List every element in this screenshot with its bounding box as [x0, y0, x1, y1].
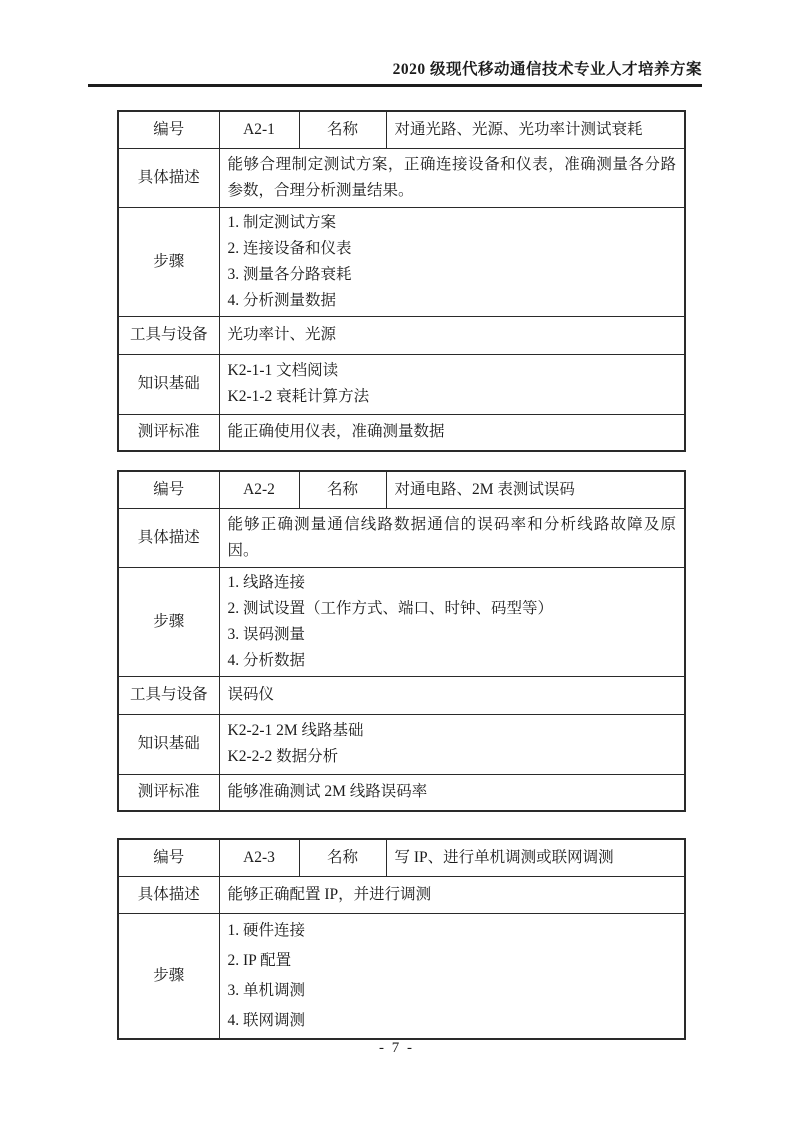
- page-header-title: 2020 级现代移动通信技术专业人才培养方案: [88, 57, 702, 79]
- task-name-value: 对通电路、2M 表测试误码: [386, 471, 685, 508]
- table-row: 测评标准 能够准确测试 2M 线路误码率: [118, 774, 685, 811]
- table-row: 编号 A2-3 名称 写 IP、进行单机调测或联网调测: [118, 839, 685, 876]
- task-step-item: 4. 联网调测: [228, 1006, 677, 1036]
- header-rule: [88, 84, 702, 87]
- task-tools-value: 误码仪: [219, 676, 685, 714]
- task-steps-cell: 1. 制定测试方案 2. 连接设备和仪表 3. 测量各分路衰耗 4. 分析测量数…: [219, 207, 685, 316]
- task-id-label: 编号: [118, 839, 219, 876]
- task-tools-label: 工具与设备: [118, 316, 219, 354]
- table-row: 步骤 1. 制定测试方案 2. 连接设备和仪表 3. 测量各分路衰耗 4. 分析…: [118, 207, 685, 316]
- task-knowledge-item: K2-1-1 文档阅读: [228, 358, 677, 384]
- task-step-item: 3. 测量各分路衰耗: [228, 262, 677, 288]
- task-criteria-label: 测评标准: [118, 774, 219, 811]
- task-table-a2-3: 编号 A2-3 名称 写 IP、进行单机调测或联网调测 具体描述 能够正确配置 …: [117, 838, 686, 1040]
- table-row: 知识基础 K2-2-1 2M 线路基础 K2-2-2 数据分析: [118, 714, 685, 774]
- task-id-value: A2-1: [219, 111, 299, 148]
- table-row: 具体描述 能够正确测量通信线路数据通信的误码率和分析线路故障及原因。: [118, 508, 685, 567]
- task-knowledge-cell: K2-2-1 2M 线路基础 K2-2-2 数据分析: [219, 714, 685, 774]
- task-name-label: 名称: [299, 111, 386, 148]
- task-step-item: 2. 连接设备和仪表: [228, 236, 677, 262]
- task-steps-label: 步骤: [118, 567, 219, 676]
- task-step-item: 3. 单机调测: [228, 976, 677, 1006]
- task-steps-cell: 1. 硬件连接 2. IP 配置 3. 单机调测 4. 联网调测: [219, 913, 685, 1039]
- table-row: 工具与设备 光功率计、光源: [118, 316, 685, 354]
- task-knowledge-label: 知识基础: [118, 354, 219, 414]
- task-step-item: 1. 硬件连接: [228, 916, 677, 946]
- table-row: 具体描述 能够合理制定测试方案，正确连接设备和仪表，准确测量各分路参数，合理分析…: [118, 148, 685, 207]
- task-step-item: 4. 分析测量数据: [228, 288, 677, 314]
- task-table-a2-2: 编号 A2-2 名称 对通电路、2M 表测试误码 具体描述 能够正确测量通信线路…: [117, 470, 686, 812]
- task-id-label: 编号: [118, 111, 219, 148]
- task-name-label: 名称: [299, 839, 386, 876]
- task-step-item: 2. IP 配置: [228, 946, 677, 976]
- task-steps-label: 步骤: [118, 913, 219, 1039]
- task-id-value: A2-2: [219, 471, 299, 508]
- task-tools-label: 工具与设备: [118, 676, 219, 714]
- task-knowledge-item: K2-2-1 2M 线路基础: [228, 718, 677, 744]
- task-table-a2-1: 编号 A2-1 名称 对通光路、光源、光功率计测试衰耗 具体描述 能够合理制定测…: [117, 110, 686, 452]
- task-description-label: 具体描述: [118, 876, 219, 913]
- task-steps-cell: 1. 线路连接 2. 测试设置（工作方式、端口、时钟、码型等） 3. 误码测量 …: [219, 567, 685, 676]
- table-row: 知识基础 K2-1-1 文档阅读 K2-1-2 衰耗计算方法: [118, 354, 685, 414]
- task-knowledge-label: 知识基础: [118, 714, 219, 774]
- task-description-label: 具体描述: [118, 508, 219, 567]
- task-knowledge-item: K2-1-2 衰耗计算方法: [228, 384, 677, 410]
- task-criteria-label: 测评标准: [118, 414, 219, 451]
- task-id-label: 编号: [118, 471, 219, 508]
- task-criteria-value: 能正确使用仪表，准确测量数据: [219, 414, 685, 451]
- page-number: - 7 -: [0, 1040, 793, 1057]
- table-row: 编号 A2-1 名称 对通光路、光源、光功率计测试衰耗: [118, 111, 685, 148]
- task-id-value: A2-3: [219, 839, 299, 876]
- task-criteria-value: 能够准确测试 2M 线路误码率: [219, 774, 685, 811]
- task-description-value: 能够正确测量通信线路数据通信的误码率和分析线路故障及原因。: [219, 508, 685, 567]
- table-row: 步骤 1. 线路连接 2. 测试设置（工作方式、端口、时钟、码型等） 3. 误码…: [118, 567, 685, 676]
- task-knowledge-item: K2-2-2 数据分析: [228, 744, 677, 770]
- task-description-label: 具体描述: [118, 148, 219, 207]
- task-step-item: 1. 制定测试方案: [228, 210, 677, 236]
- task-steps-label: 步骤: [118, 207, 219, 316]
- task-knowledge-cell: K2-1-1 文档阅读 K2-1-2 衰耗计算方法: [219, 354, 685, 414]
- task-name-label: 名称: [299, 471, 386, 508]
- table-row: 具体描述 能够正确配置 IP，并进行调测: [118, 876, 685, 913]
- table-row: 测评标准 能正确使用仪表，准确测量数据: [118, 414, 685, 451]
- document-page: 2020 级现代移动通信技术专业人才培养方案 编号 A2-1 名称 对通光路、光…: [0, 0, 793, 1122]
- task-name-value: 写 IP、进行单机调测或联网调测: [386, 839, 685, 876]
- task-name-value: 对通光路、光源、光功率计测试衰耗: [386, 111, 685, 148]
- task-step-item: 1. 线路连接: [228, 570, 677, 596]
- task-tools-value: 光功率计、光源: [219, 316, 685, 354]
- task-step-item: 3. 误码测量: [228, 622, 677, 648]
- table-row: 编号 A2-2 名称 对通电路、2M 表测试误码: [118, 471, 685, 508]
- task-description-value: 能够合理制定测试方案，正确连接设备和仪表，准确测量各分路参数，合理分析测量结果。: [219, 148, 685, 207]
- task-description-value: 能够正确配置 IP，并进行调测: [219, 876, 685, 913]
- table-row: 步骤 1. 硬件连接 2. IP 配置 3. 单机调测 4. 联网调测: [118, 913, 685, 1039]
- task-step-item: 4. 分析数据: [228, 648, 677, 674]
- table-row: 工具与设备 误码仪: [118, 676, 685, 714]
- task-step-item: 2. 测试设置（工作方式、端口、时钟、码型等）: [228, 596, 677, 622]
